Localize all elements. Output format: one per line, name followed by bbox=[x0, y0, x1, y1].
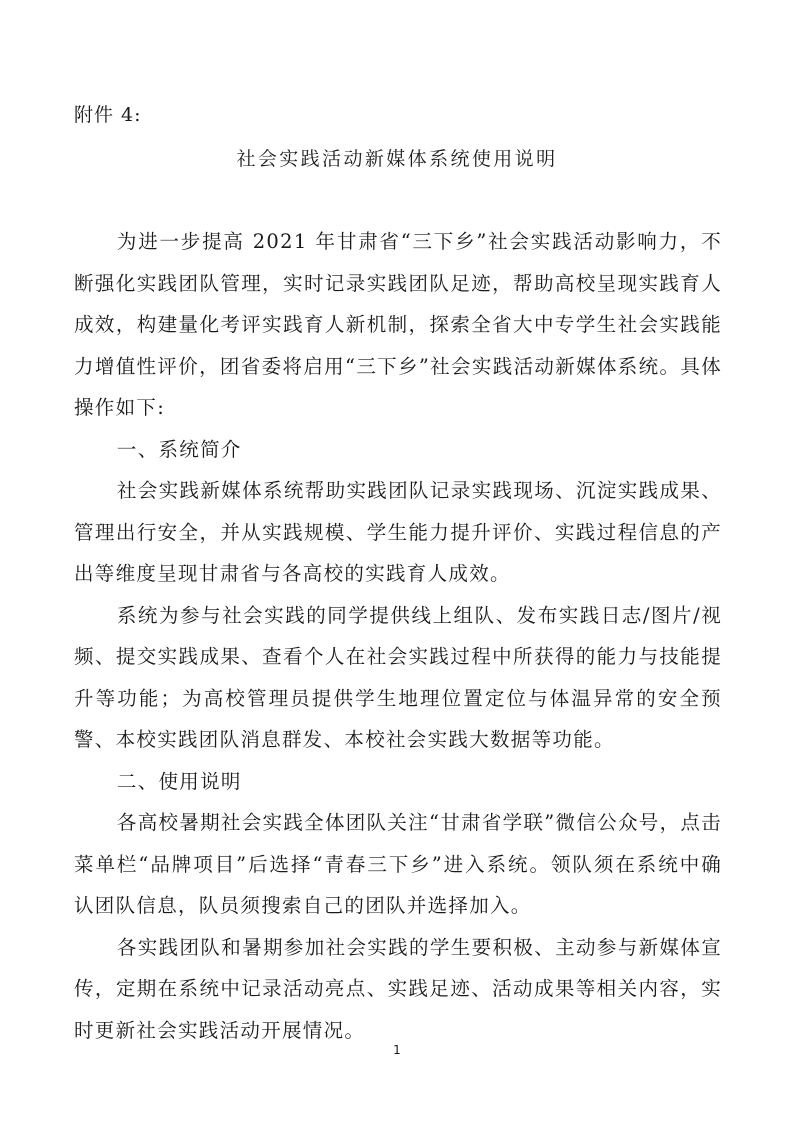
overview-paragraph-2: 系统为参与社会实践的同学提供线上组队、发布实践日志/图片/视频、提交实践成果、查… bbox=[74, 595, 722, 761]
section-heading-overview: 一、系统简介 bbox=[74, 429, 722, 471]
usage-paragraph-2: 各实践团队和暑期参加社会实践的学生要积极、主动参与新媒体宣传，定期在系统中记录活… bbox=[74, 927, 722, 1052]
document-body: 为进一步提高 2021 年甘肃省“三下乡”社会实践活动影响力，不断强化实践团队管… bbox=[74, 221, 722, 1051]
document-title: 社会实践活动新媒体系统使用说明 bbox=[0, 147, 794, 171]
usage-paragraph-1: 各高校暑期社会实践全体团队关注“甘肃省学联”微信公众号，点击菜单栏“品牌项目”后… bbox=[74, 802, 722, 927]
section-heading-usage: 二、使用说明 bbox=[74, 761, 722, 803]
overview-paragraph-1: 社会实践新媒体系统帮助实践团队记录实践现场、沉淀实践成果、管理出行安全，并从实践… bbox=[74, 470, 722, 595]
intro-paragraph: 为进一步提高 2021 年甘肃省“三下乡”社会实践活动影响力，不断强化实践团队管… bbox=[74, 221, 722, 429]
attachment-label: 附件 4: bbox=[74, 103, 142, 127]
page-number: 1 bbox=[0, 1043, 794, 1057]
document-page: 附件 4: 社会实践活动新媒体系统使用说明 为进一步提高 2021 年甘肃省“三… bbox=[0, 0, 794, 1123]
